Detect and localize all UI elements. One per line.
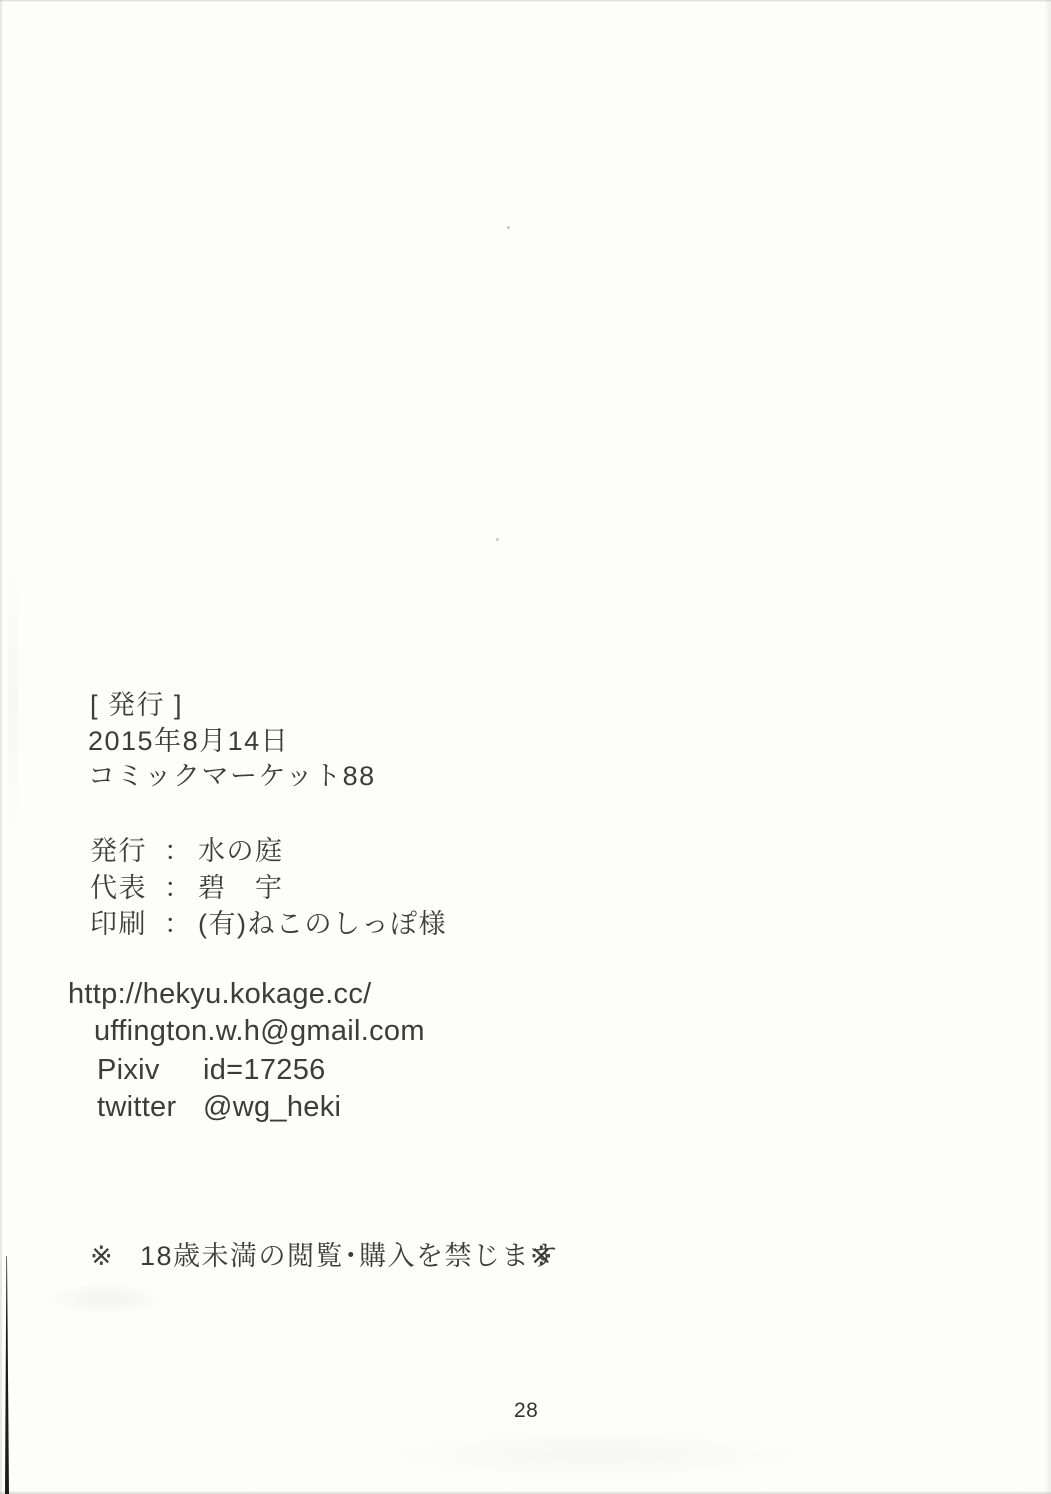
credit-label: 印刷 <box>90 910 147 940</box>
pixiv-row: Pixiv id=17256 <box>0 1055 1051 1089</box>
twitter-handle: @wg_heki <box>203 1092 341 1124</box>
scan-smudge <box>380 1428 810 1482</box>
scanned-colophon-page: [ 発行 ] 2015年8月14日 コミックマーケット88 発行 ： 水の庭 代… <box>0 0 1051 1494</box>
scan-speck <box>507 226 510 229</box>
credit-row-printer: 印刷 ： (有)ねこのしっぽ様 <box>0 910 1051 944</box>
reference-mark-left: ※ <box>90 1242 114 1272</box>
publication-header: [ 発行 ] <box>90 691 183 721</box>
publication-event: コミックマーケット88 <box>88 762 376 792</box>
email-address: uffington.w.h@gmail.com <box>94 1016 425 1048</box>
twitter-label: twitter <box>97 1092 176 1124</box>
credit-value: 碧 宇 <box>198 874 284 904</box>
pixiv-label: Pixiv <box>97 1055 160 1087</box>
age-restriction-notice: ※ 18歳未満の閲覧･購入を禁じます ※ <box>0 1242 1051 1276</box>
binding-shadow-line <box>5 1256 9 1494</box>
age-restriction-text: 18歳未満の閲覧･購入を禁じます <box>140 1242 559 1272</box>
scan-speck <box>496 538 499 541</box>
credit-value: 水の庭 <box>198 837 284 867</box>
credit-colon: ： <box>164 874 193 904</box>
scan-smudge <box>45 1282 165 1316</box>
website-url: http://hekyu.kokage.cc/ <box>68 979 372 1011</box>
page-number: 28 <box>514 1399 538 1423</box>
credit-colon: ： <box>164 910 193 940</box>
publication-date: 2015年8月14日 <box>88 727 289 757</box>
credit-row-publisher: 発行 ： 水の庭 <box>0 837 1051 871</box>
credit-row-representative: 代表 ： 碧 宇 <box>0 874 1051 908</box>
scan-smudge <box>8 560 18 840</box>
pixiv-id: id=17256 <box>203 1055 326 1087</box>
credit-label: 代表 <box>90 874 147 904</box>
credit-label: 発行 <box>90 837 147 867</box>
credit-colon: ： <box>164 837 193 867</box>
reference-mark-right: ※ <box>530 1242 554 1272</box>
twitter-row: twitter @wg_heki <box>0 1092 1051 1126</box>
scan-edge-top <box>0 0 1051 2</box>
credit-value: (有)ねこのしっぽ様 <box>198 910 447 940</box>
